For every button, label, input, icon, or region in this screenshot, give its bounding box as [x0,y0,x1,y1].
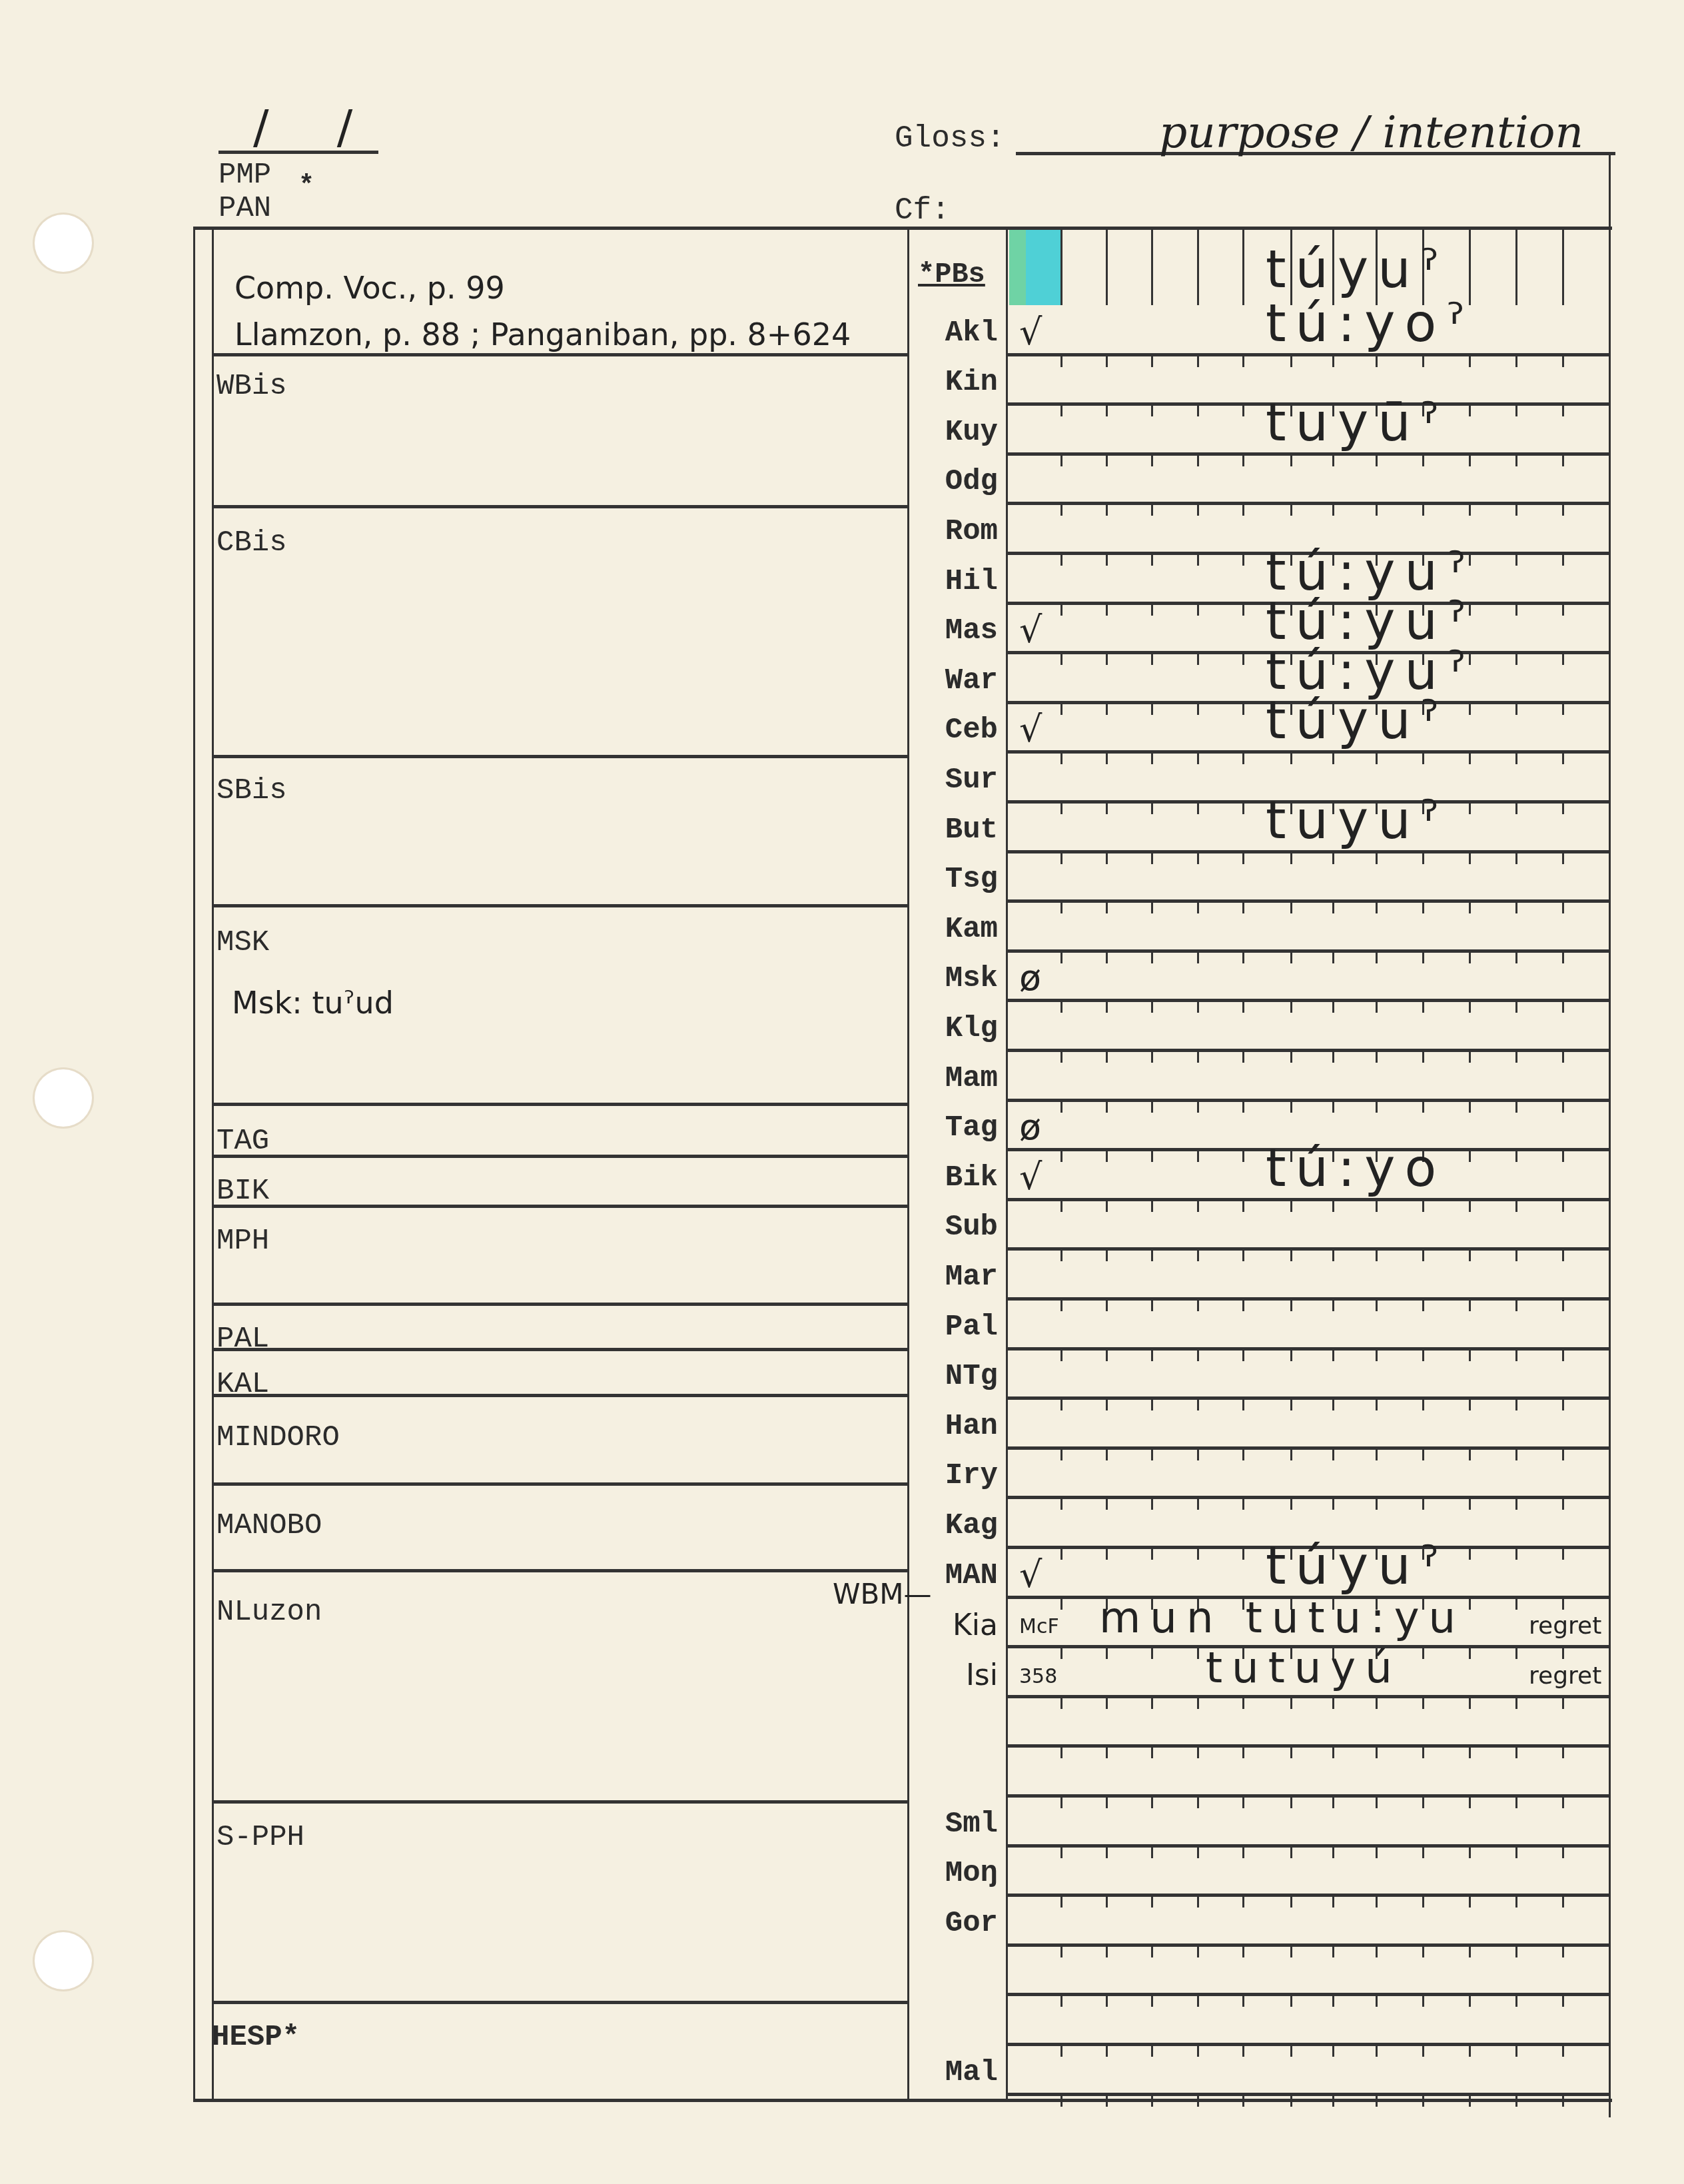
row-tick [1562,404,1564,416]
row-tick [1332,2095,1334,2107]
language-label-but: But [913,814,998,847]
reflex-form[interactable]: tutuyú [1206,1644,1402,1693]
row-tick [1562,554,1564,566]
row-tick [1197,1101,1199,1113]
row-tick [1060,1249,1062,1261]
row-tick [1060,1746,1062,1758]
row-tick [1562,1349,1564,1361]
row-tick [1562,1896,1564,1908]
row-tick [1290,454,1292,466]
row-tick [1106,752,1108,764]
reflex-form[interactable]: tuyūˀ [1266,393,1448,453]
row-tick [1242,504,1244,516]
row-tick [1290,1995,1292,2007]
grid-cell-divider [1060,230,1062,305]
row-rule [1007,1446,1611,1450]
language-label-sur: Sur [913,764,998,797]
row-tick [1106,404,1108,416]
row-tick [1242,454,1244,466]
row-tick [1106,1299,1108,1311]
row-tick [1197,1150,1199,1162]
section-tag: TAG [216,1125,269,1158]
row-tick [1151,404,1153,416]
section-sbis: SBis [216,774,287,808]
row-tick [1332,1896,1334,1908]
row-tick [1106,355,1108,367]
row-tick [1332,1349,1334,1361]
row-tick [1151,2095,1153,2107]
row-tick [1562,802,1564,814]
row-rule [1007,1695,1611,1698]
row-tick [1242,2045,1244,2057]
row-tick [1290,1299,1292,1311]
row-tick [1060,752,1062,764]
row-tick [1197,604,1199,616]
row-tick [1469,1548,1471,1560]
row-tick [1469,1598,1471,1610]
row-tick [1332,1995,1334,2007]
reference-line-1: Comp. Voc., p. 99 [234,270,505,306]
row-tick [1242,1846,1244,1858]
reflex-form[interactable]: tú:yoˀ [1266,294,1474,354]
null-sign-icon: ø [1019,957,1041,999]
row-tick [1197,752,1199,764]
row-tick [1242,703,1244,715]
row-tick [1376,1299,1378,1311]
row-tick [1332,1945,1334,1957]
section-divider [212,2001,907,2004]
section-manobo: MANOBO [216,1509,322,1542]
row-tick [1106,1001,1108,1013]
row-tick [1242,1796,1244,1808]
row-tick [1469,2095,1471,2107]
row-tick [1151,1299,1153,1311]
row-rule [1007,899,1611,903]
row-rule [1007,999,1611,1002]
row-tick [1376,454,1378,466]
row-tick [1060,1647,1062,1659]
row-tick [1290,1398,1292,1410]
row-rule [1007,1496,1611,1499]
row-rule [1007,1744,1611,1748]
row-tick [1562,604,1564,616]
row-tick [1422,1448,1424,1460]
section-mph: MPH [216,1225,269,1258]
root-underline [218,151,378,154]
row-tick [1106,703,1108,715]
row-tick [1060,1995,1062,2007]
language-label-iry: Iry [913,1459,998,1492]
language-label-kia: Kia [913,1608,998,1642]
row-tick [1422,1498,1424,1510]
row-tick [1060,1448,1062,1460]
row-tick [1197,1200,1199,1212]
frame-bottom [193,2099,1612,2102]
row-tick [1422,951,1424,963]
reflex-form[interactable]: túyuˀ [1266,1536,1448,1596]
row-tick [1060,1299,1062,1311]
language-label-moŋ: Moŋ [913,1857,998,1890]
row-tick [1290,1448,1292,1460]
row-tick [1242,1001,1244,1013]
row-tick [1376,1498,1378,1510]
row-rule [1007,1347,1611,1351]
row-tick [1376,1200,1378,1212]
row-tick [1332,504,1334,516]
row-tick [1422,1001,1424,1013]
row-tick [1422,504,1424,516]
source-note: 358 [1019,1665,1057,1688]
row-tick [1515,1448,1517,1460]
section-divider [212,1348,907,1351]
row-tick [1106,1548,1108,1560]
row-tick [1422,1349,1424,1361]
row-tick [1469,2045,1471,2057]
section-divider [212,1482,907,1486]
row-tick [1060,2045,1062,2057]
language-label-kam: Kam [913,913,998,946]
row-tick [1060,1846,1062,1858]
row-tick [1242,2095,1244,2107]
row-tick [1060,1101,1062,1113]
row-tick [1106,802,1108,814]
gloss-note: regret [1529,1662,1601,1690]
row-tick [1242,1498,1244,1510]
row-tick [1422,454,1424,466]
row-tick [1197,1398,1199,1410]
row-tick [1242,752,1244,764]
row-tick [1562,355,1564,367]
checkmark-icon: √ [1019,609,1042,651]
row-tick [1290,852,1292,864]
row-tick [1197,454,1199,466]
row-tick [1151,752,1153,764]
row-tick [1060,653,1062,665]
row-tick [1106,852,1108,864]
row-tick [1562,1249,1564,1261]
row-tick [1151,653,1153,665]
section-msk-note: Msk: tuˀud [232,985,394,1021]
language-label-mam: Mam [913,1062,998,1095]
row-tick [1060,951,1062,963]
row-tick [1060,1001,1062,1013]
root-marks: / / [253,100,379,155]
row-tick [1242,1896,1244,1908]
row-tick [1151,1796,1153,1808]
row-tick [1376,1001,1378,1013]
row-tick [1515,1249,1517,1261]
row-tick [1515,1498,1517,1510]
row-tick [1376,1995,1378,2007]
row-tick [1422,1697,1424,1709]
row-tick [1376,752,1378,764]
row-tick [1106,1896,1108,1908]
row-tick [1515,1349,1517,1361]
row-tick [1060,901,1062,913]
row-tick [1376,1398,1378,1410]
row-tick [1515,504,1517,516]
row-tick [1469,703,1471,715]
row-tick [1469,852,1471,864]
row-rule [1007,2093,1611,2096]
row-tick [1562,454,1564,466]
row-tick [1290,901,1292,913]
row-tick [1562,951,1564,963]
row-tick [1151,703,1153,715]
row-tick [1562,653,1564,665]
row-tick [1242,1299,1244,1311]
row-tick [1290,1349,1292,1361]
row-tick [1197,2095,1199,2107]
row-tick [1562,1846,1564,1858]
checkmark-icon: √ [1019,1554,1042,1596]
row-tick [1106,1200,1108,1212]
proto-row-form[interactable]: túyuˀ [1266,240,1448,300]
row-tick [1106,1349,1108,1361]
row-tick [1060,852,1062,864]
row-tick [1151,1001,1153,1013]
row-rule [1007,1943,1611,1947]
row-tick [1197,951,1199,963]
row-tick [1106,1647,1108,1659]
section-divider [212,1394,907,1397]
row-tick [1515,404,1517,416]
language-label-isi: Isi [913,1658,998,1692]
row-tick [1106,901,1108,913]
row-tick [1106,653,1108,665]
grid-cell-divider [1515,230,1517,305]
row-tick [1060,1697,1062,1709]
row-tick [1376,1846,1378,1858]
row-tick [1242,1746,1244,1758]
row-tick [1151,1051,1153,1063]
row-tick [1197,554,1199,566]
row-tick [1290,1746,1292,1758]
row-tick [1422,1896,1424,1908]
grid-cell-divider [1197,230,1199,305]
row-tick [1106,2045,1108,2057]
row-tick [1242,1945,1244,1957]
language-label-mas: Mas [913,614,998,648]
row-tick [1242,1448,1244,1460]
language-label-han: Han [913,1410,998,1443]
row-tick [1332,901,1334,913]
row-tick [1197,1299,1199,1311]
row-tick [1151,1498,1153,1510]
row-tick [1422,901,1424,913]
row-tick [1332,1101,1334,1113]
row-tick [1515,1995,1517,2007]
row-tick [1106,1448,1108,1460]
row-tick [1562,2045,1564,2057]
row-tick [1197,1846,1199,1858]
row-tick [1376,1051,1378,1063]
punch-hole-middle [35,1069,92,1127]
row-tick [1060,802,1062,814]
frame-left-outer [193,227,195,2102]
row-tick [1332,752,1334,764]
row-tick [1376,1349,1378,1361]
row-tick [1242,1249,1244,1261]
row-tick [1197,653,1199,665]
row-tick [1515,604,1517,616]
language-label-hil: Hil [913,565,998,598]
language-label-mal: Mal [913,2056,998,2089]
row-tick [1060,355,1062,367]
section-pal: PAL [216,1323,269,1356]
row-tick [1332,2045,1334,2057]
language-label-gor: Gor [913,1907,998,1940]
row-tick [1151,1398,1153,1410]
row-tick [1060,554,1062,566]
reflex-form[interactable]: tuyuˀ [1266,791,1448,851]
row-tick [1469,1498,1471,1510]
highlight-cyan [1026,230,1060,305]
row-tick [1562,1498,1564,1510]
language-label-ceb: Ceb [913,714,998,747]
row-rule [1007,1993,1611,1996]
row-tick [1106,1150,1108,1162]
row-tick [1151,604,1153,616]
frame-right [1609,152,1611,2117]
row-tick [1151,1249,1153,1261]
row-tick [1197,1896,1199,1908]
row-tick [1151,901,1153,913]
row-tick [1197,355,1199,367]
row-tick [1060,1796,1062,1808]
row-tick [1151,1448,1153,1460]
row-tick [1562,901,1564,913]
row-tick [1515,1896,1517,1908]
row-tick [1562,1398,1564,1410]
section-nluzon: NLuzon [216,1596,322,1629]
row-tick [1242,604,1244,616]
row-tick [1060,504,1062,516]
row-tick [1562,1995,1564,2007]
row-tick [1242,554,1244,566]
row-rule [1007,2043,1611,2046]
row-tick [1197,802,1199,814]
row-tick [1242,404,1244,416]
row-tick [1060,1398,1062,1410]
row-tick [1332,1200,1334,1212]
reflex-form[interactable]: túyuˀ [1266,691,1448,751]
row-tick [1332,1796,1334,1808]
row-tick [1515,1598,1517,1610]
row-tick [1197,2045,1199,2057]
proto-row-label: *PBs [918,259,985,290]
language-label-kag: Kag [913,1509,998,1542]
row-tick [1469,1448,1471,1460]
gloss-value[interactable]: purpose / intention [1159,107,1583,158]
source-note: McF [1019,1615,1059,1638]
row-tick [1106,1945,1108,1957]
row-tick [1060,404,1062,416]
section-divider [212,1103,907,1106]
row-tick [1151,1896,1153,1908]
language-label-akl: Akl [913,316,998,350]
row-tick [1290,2095,1292,2107]
row-tick [1562,1051,1564,1063]
row-tick [1469,1200,1471,1212]
row-tick [1422,1846,1424,1858]
row-rule [1007,1297,1611,1301]
row-tick [1197,1001,1199,1013]
row-tick [1197,1647,1199,1659]
row-tick [1422,1299,1424,1311]
row-tick [1376,1796,1378,1808]
row-tick [1332,1697,1334,1709]
row-tick [1242,1200,1244,1212]
row-tick [1469,404,1471,416]
row-tick [1106,1051,1108,1063]
row-tick [1060,1598,1062,1610]
row-tick [1060,1945,1062,1957]
row-tick [1469,454,1471,466]
row-tick [1106,1498,1108,1510]
row-tick [1242,1051,1244,1063]
proto-label-pmp: PMP [218,159,271,192]
row-tick [1422,1746,1424,1758]
row-tick [1197,1448,1199,1460]
divider-languages-grid [1006,227,1008,2102]
row-tick [1106,1101,1108,1113]
row-tick [1469,1398,1471,1410]
row-tick [1376,2045,1378,2057]
row-tick [1242,901,1244,913]
row-tick [1151,355,1153,367]
row-tick [1060,1548,1062,1560]
row-tick [1469,504,1471,516]
section-kal: KAL [216,1368,269,1401]
row-tick [1151,852,1153,864]
reflex-form[interactable]: mun tutu:yu [1099,1594,1465,1643]
reference-line-2: Llamzon, p. 88 ; Panganiban, pp. 8+624 [234,316,851,352]
language-label-kin: Kin [913,366,998,399]
row-tick [1290,1697,1292,1709]
row-tick [1422,852,1424,864]
language-label-tsg: Tsg [913,863,998,896]
row-tick [1197,1249,1199,1261]
row-rule [1007,1247,1611,1251]
row-tick [1106,1398,1108,1410]
row-tick [1562,1299,1564,1311]
reflex-form[interactable]: tú:yo [1266,1139,1446,1199]
row-tick [1515,951,1517,963]
row-tick [1151,2045,1153,2057]
row-tick [1060,1498,1062,1510]
row-tick [1197,852,1199,864]
section-mindoro: MINDORO [216,1421,340,1454]
proto-asterisk: * [298,172,314,202]
language-label-war: War [913,664,998,698]
row-tick [1060,703,1062,715]
row-tick [1332,454,1334,466]
row-tick [1151,504,1153,516]
row-tick [1422,1995,1424,2007]
row-tick [1197,1051,1199,1063]
row-tick [1562,1150,1564,1162]
gloss-note: regret [1529,1612,1601,1640]
row-tick [1242,355,1244,367]
row-tick [1562,504,1564,516]
row-tick [1376,1101,1378,1113]
language-label-rom: Rom [913,515,998,548]
highlight-green [1009,230,1026,305]
cf-label: Cf: [895,193,950,228]
row-tick [1515,1398,1517,1410]
grid-cell-divider [1562,230,1564,305]
